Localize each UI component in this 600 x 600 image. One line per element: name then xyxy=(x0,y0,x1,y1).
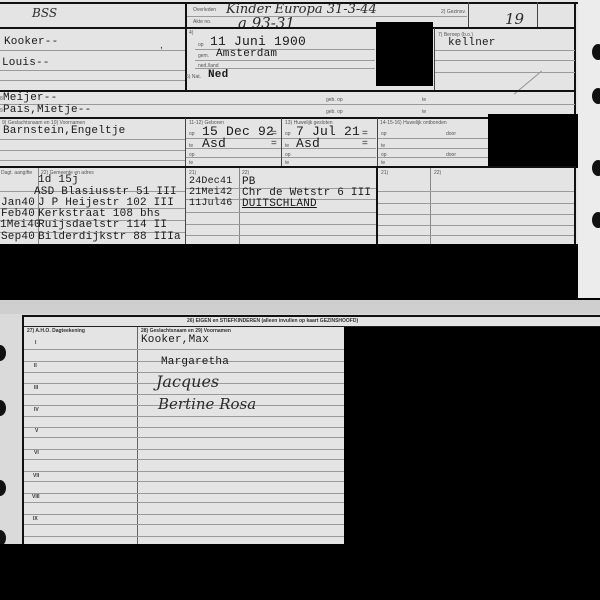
divider xyxy=(0,160,185,161)
op-label: op xyxy=(189,131,195,137)
child-num: II xyxy=(34,363,37,369)
beroep-value: kellner xyxy=(448,37,496,49)
spouse-name: Barnstein,Engeltje xyxy=(3,125,125,137)
redacted-block xyxy=(0,244,578,300)
redacted-block xyxy=(0,544,600,600)
given-names: Louis-- xyxy=(2,57,50,69)
divider xyxy=(0,50,185,51)
child-name: Bertine Rosa xyxy=(158,395,256,413)
divider xyxy=(0,70,185,71)
divider xyxy=(24,536,344,537)
divider xyxy=(239,168,240,244)
child-num: VII xyxy=(33,473,39,479)
gem-label: gem. xyxy=(198,53,209,59)
divider xyxy=(430,168,431,244)
divider xyxy=(0,150,185,151)
divider xyxy=(282,157,376,158)
divider xyxy=(24,524,344,525)
door-label: door xyxy=(446,131,456,137)
divorce-header: 14-15-16) Huwelijk ontbonden xyxy=(380,120,447,126)
divider xyxy=(24,427,344,428)
address2-row-3-date: 11Jul46 xyxy=(189,198,232,209)
child-name: Margaretha xyxy=(161,356,229,368)
nat-label: 5) Nat. xyxy=(186,74,201,80)
mother-geb-label: geb. op xyxy=(326,109,343,115)
children-section-header: 26) EIGEN en STIEFKINDEREN (alleen invul… xyxy=(187,318,358,324)
divider xyxy=(187,16,467,17)
divider xyxy=(186,212,376,213)
divider xyxy=(378,214,574,215)
divider xyxy=(24,349,344,350)
birth-section-label: 4) xyxy=(189,30,193,36)
divider xyxy=(468,2,469,28)
punch-hole-icon xyxy=(592,44,600,60)
address2-row-3-text: DUITSCHLAND xyxy=(242,198,317,210)
birth-place: Amsterdam xyxy=(216,48,277,60)
address-row-5-text: Ruijsdaelstr 114 II xyxy=(38,219,167,231)
divider xyxy=(0,139,185,140)
divider xyxy=(281,118,282,166)
divider xyxy=(434,28,435,90)
gezinsv-label: 2) Gezinsv. xyxy=(441,9,466,15)
nationality: Ned xyxy=(208,69,228,81)
divider xyxy=(195,60,375,61)
child-num: III xyxy=(34,385,38,391)
child-num: IV xyxy=(34,407,39,413)
overleden-label: Overleden xyxy=(193,7,216,13)
divider xyxy=(186,235,376,236)
file-code: BSS xyxy=(32,6,57,20)
divider xyxy=(282,148,376,149)
divider xyxy=(378,148,488,149)
address-row-5-date: 1Mei40 xyxy=(0,219,41,231)
aho-header: 27) A.H.O. Dagteekening xyxy=(27,328,85,334)
child-num: VIII xyxy=(32,494,40,500)
divider xyxy=(24,416,344,417)
op-label: op xyxy=(198,42,204,48)
divider xyxy=(24,493,344,494)
mother-te-label: te xyxy=(422,109,426,115)
gezinsv-value: 19 xyxy=(505,10,524,28)
mother-name: Pais,Mietje-- xyxy=(3,104,91,116)
divider xyxy=(137,327,138,545)
divider xyxy=(0,90,576,92)
child-num: IX xyxy=(33,516,38,522)
divider xyxy=(378,138,488,139)
birth-date: 11 Juni 1900 xyxy=(210,34,306,49)
father-te-label: te xyxy=(422,97,426,103)
divider xyxy=(435,72,575,73)
op-label: op xyxy=(285,131,291,137)
divider xyxy=(537,2,538,28)
divider xyxy=(0,80,185,81)
address3-header: 22) xyxy=(434,170,441,176)
akte-label: Akte no. xyxy=(193,19,211,25)
divider xyxy=(24,514,344,515)
divider xyxy=(186,157,281,158)
divider xyxy=(185,168,186,244)
divider xyxy=(435,60,575,61)
father-name: Meijer-- xyxy=(3,92,57,104)
address-row-6-text: Bilderdijkstr 88 IIIa xyxy=(38,231,181,243)
address3-date-header: 21) xyxy=(381,170,388,176)
divider xyxy=(0,166,576,168)
address2-row-2-date: 21Mei42 xyxy=(189,187,232,198)
divider xyxy=(0,27,576,29)
akte-value: a 93-31 xyxy=(238,14,295,32)
surname: Kooker-- xyxy=(4,36,58,48)
father-geb-label: geb. op xyxy=(326,97,343,103)
child-name: Jacques xyxy=(156,372,219,391)
address-row-1-text: 1d 15j xyxy=(38,174,79,186)
child-num: VI xyxy=(34,450,39,456)
divider xyxy=(24,502,344,503)
divider xyxy=(186,224,376,225)
divider xyxy=(24,437,344,438)
child-name: Kooker,Max xyxy=(141,334,209,346)
redacted-block xyxy=(488,114,578,168)
child-num: V xyxy=(35,428,38,434)
divider xyxy=(24,449,344,450)
address-row-6-date: Sep40 xyxy=(1,231,35,243)
punch-hole-icon xyxy=(592,160,600,176)
redacted-block xyxy=(344,327,600,547)
divider xyxy=(24,459,344,460)
divider xyxy=(186,148,281,149)
address-date-header: Dagt. aangifte xyxy=(1,170,32,176)
op-label: op xyxy=(381,131,387,137)
divider xyxy=(376,168,378,244)
divider xyxy=(378,191,574,192)
divider xyxy=(377,118,378,166)
punch-hole-icon xyxy=(592,88,600,104)
redacted-block xyxy=(376,22,433,86)
divider xyxy=(24,471,344,472)
divider xyxy=(378,203,574,204)
divider xyxy=(378,225,574,226)
divider xyxy=(378,235,574,236)
address2-row-1-date: 24Dec41 xyxy=(189,176,232,187)
divider xyxy=(186,138,281,139)
divider xyxy=(185,118,186,166)
punch-hole-icon xyxy=(592,212,600,228)
divider xyxy=(435,50,575,51)
child-num: I xyxy=(35,340,36,346)
divider xyxy=(24,481,344,482)
divider xyxy=(378,157,488,158)
